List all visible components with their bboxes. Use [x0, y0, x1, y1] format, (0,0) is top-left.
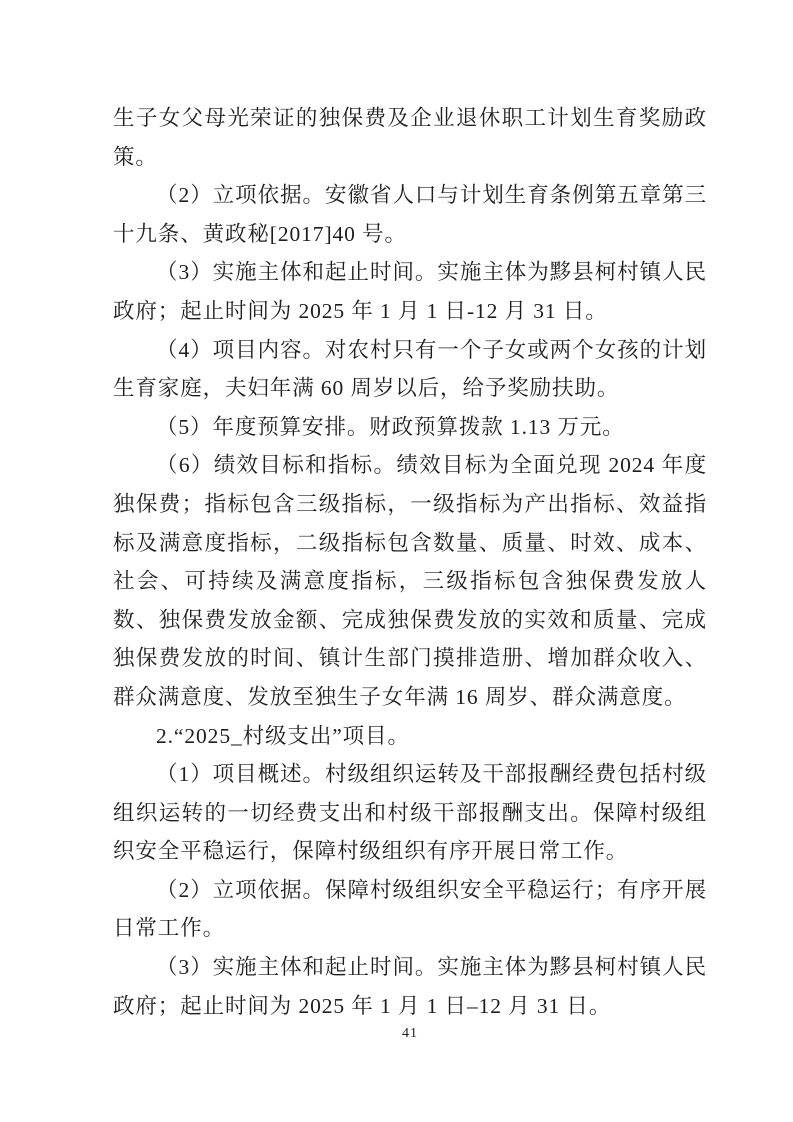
document-paragraph: （5）年度预算安排。财政预算拨款 1.13 万元。	[113, 408, 707, 447]
document-paragraph: （2）立项依据。保障村级组织安全平稳运行；有序开展日常工作。	[113, 871, 707, 948]
document-body: 生子女父母光荣证的独保费及企业退休职工计划生育奖励政策。（2）立项依据。安徽省人…	[113, 99, 707, 1025]
document-page: 生子女父母光荣证的独保费及企业退休职工计划生育奖励政策。（2）立项依据。安徽省人…	[0, 0, 793, 1122]
page-number: 41	[113, 1026, 707, 1042]
document-paragraph: （6）绩效目标和指标。绩效目标为全面兑现 2024 年度独保费；指标包含三级指标…	[113, 446, 707, 716]
document-paragraph: （1）项目概述。村级组织运转及干部报酬经费包括村级组织运转的一切经费支出和村级干…	[113, 755, 707, 871]
document-paragraph: 2.“2025_村级支出”项目。	[113, 717, 707, 756]
document-paragraph: （3）实施主体和起止时间。实施主体为黟县柯村镇人民政府；起止时间为 2025 年…	[113, 253, 707, 330]
document-paragraph: 生子女父母光荣证的独保费及企业退休职工计划生育奖励政策。	[113, 99, 707, 176]
document-paragraph: （3）实施主体和起止时间。实施主体为黟县柯村镇人民政府；起止时间为 2025 年…	[113, 948, 707, 1025]
document-paragraph: （4）项目内容。对农村只有一个子女或两个女孩的计划生育家庭，夫妇年满 60 周岁…	[113, 331, 707, 408]
document-paragraph: （2）立项依据。安徽省人口与计划生育条例第五章第三十九条、黄政秘[2017]40…	[113, 176, 707, 253]
